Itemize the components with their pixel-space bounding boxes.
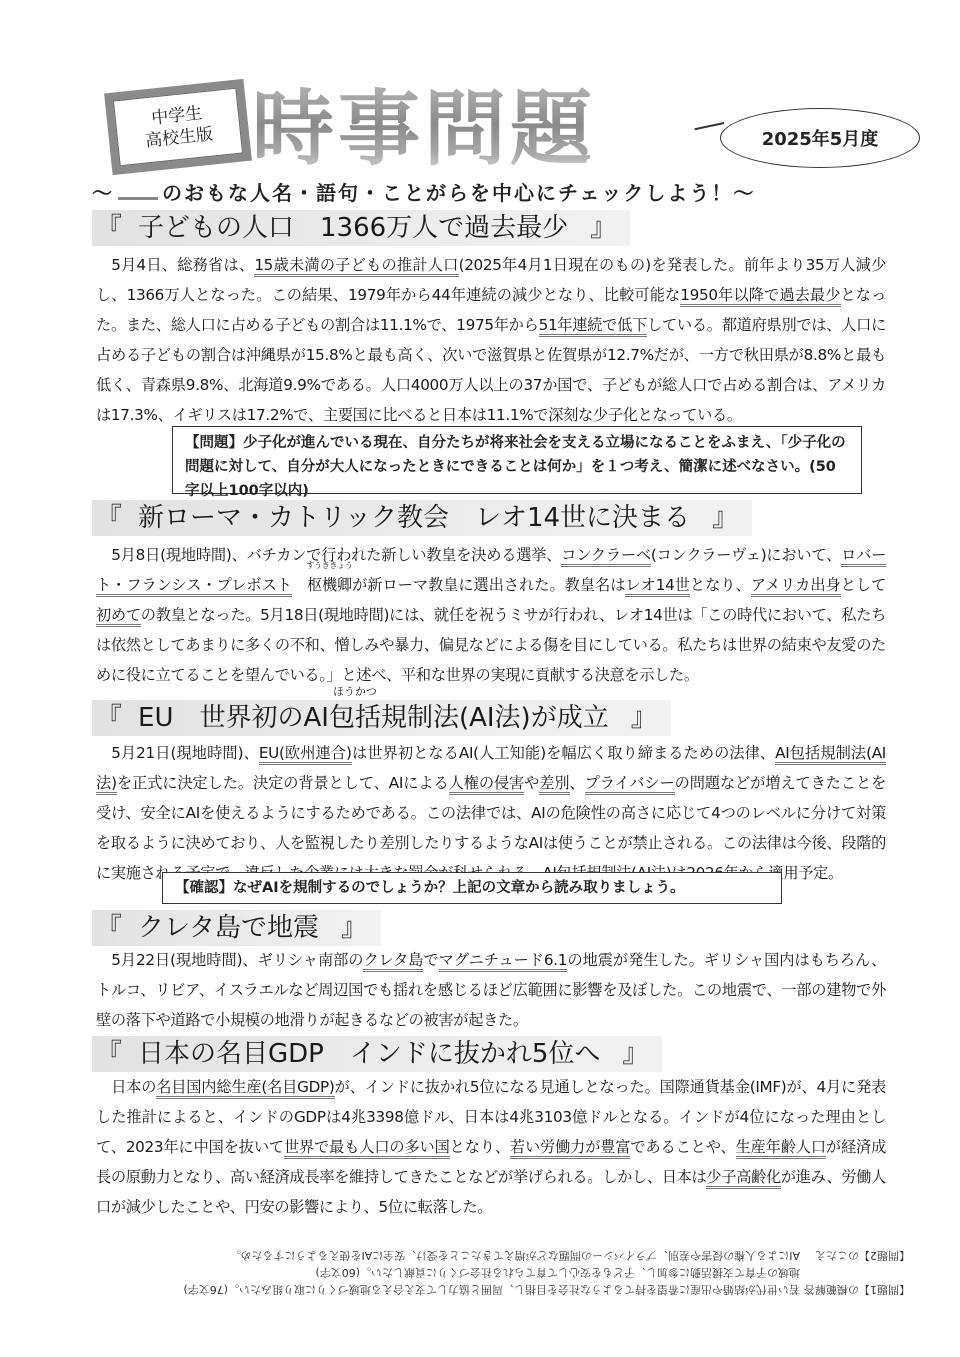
body-text: となり、 <box>690 576 751 594</box>
article-heading-crete-earthquake: 『クレタ島で地震』 <box>92 910 381 946</box>
key-term: クレタ島 <box>363 951 423 972</box>
body-text: を正式に決定した。決定の背景として、AIによる <box>117 774 449 792</box>
article-heading-pope: 『新ローマ・カトリック教会 レオ14世に決まる』 <box>92 500 752 536</box>
key-term: 若い労働力が豊富 <box>510 1138 631 1159</box>
question-2-text: 【確認】なぜAIを規制するのでしょうか？上記の文章から読み取りましょう。 <box>175 880 685 896</box>
key-term: 51年連続で低下 <box>539 316 647 337</box>
answer-q1-a: 若い世代が結婚や出産に希望を持てるような社会を目指し、周囲と協力して支え合える地… <box>183 1281 800 1298</box>
article-body-crete-earthquake: 5月22日(現地時間)、ギリシャ南部のクレタ島でマグニチュード6.1の地震が発生… <box>96 945 886 1035</box>
key-term: 生産年齢人口 <box>736 1138 826 1159</box>
body-text: や <box>524 774 539 792</box>
speech-bubble-tail <box>694 122 724 130</box>
heading-text-post: 規制法(AI法)が成立 <box>381 703 609 733</box>
body-text: として <box>841 576 886 594</box>
body-text: 、 <box>570 774 585 792</box>
heading-text: クレタ島で地震 <box>138 913 319 943</box>
article-body-pope: 5月8日(現地時間)、バチカンで行われた新しい教皇を決める選挙、コンクラーベ(コ… <box>96 540 886 690</box>
answer-q2-row: 【問題2】のこたえ AIによる人権の侵害や差別、プライバシーの問題などが増えてき… <box>70 1247 910 1264</box>
answer-q1-row: 【問題1】の模範解答 若い世代が結婚や出産に希望を持てるような社会を目指し、周囲… <box>70 1281 910 1298</box>
key-term: 初めて <box>96 606 141 627</box>
key-term: EU(欧州連合) <box>259 744 352 765</box>
key-term: 1950年以降で過去最少 <box>680 286 840 307</box>
article-heading-japan-gdp: 『日本の名目GDP インドに抜かれ5位へ』 <box>92 1036 662 1072</box>
key-term: アメリカ出身 <box>751 576 841 597</box>
key-term: 差別 <box>539 774 569 795</box>
body-text: 日本の <box>111 1078 156 1096</box>
worksheet-page: 中学生 高校生版 時事問題 2025年5月度 ～のおもな人名・語句・ことがらを中… <box>0 0 960 1357</box>
key-term: 世界で最も人口の多い国 <box>284 1138 450 1159</box>
furigana: ほうかつ <box>333 686 377 698</box>
subtitle-tilde: ～ <box>92 181 114 205</box>
body-text: 5月22日(現地時間)、ギリシャ南部の <box>111 951 363 969</box>
key-term: マグニチュード6.1 <box>439 951 568 972</box>
ruby-term: すうききょう枢機卿 <box>292 570 352 600</box>
body-text: (コンクラーヴェ)において、 <box>651 546 841 564</box>
heading-text-pre: EU 世界初のAI <box>138 703 329 733</box>
question-1-text: 【問題】少子化が進んでいる現在、自分たちが将来社会を支える立場になることをふまえ… <box>185 435 846 499</box>
furigana: すうききょう <box>291 561 352 570</box>
answer-q2: AIによる人権の侵害や差別、プライバシーの問題などが増えてきたことを受け、安全に… <box>230 1247 800 1264</box>
answer-key-upside-down: 【問題1】の模範解答 若い世代が結婚や出産に希望を持てるような社会を目指し、周囲… <box>70 1238 910 1298</box>
heading-text: 日本の名目GDP インドに抜かれ5位へ <box>138 1039 600 1069</box>
heading-text: 子どもの人口 1366万人で過去最少 <box>138 213 568 243</box>
ruby-base: 包括 <box>329 703 381 733</box>
body-text: で <box>423 951 438 969</box>
subtitle: ～のおもな人名・語句・ことがらを中心にチェックしよう！～ <box>92 177 755 206</box>
edition-badge: 中学生 高校生版 <box>104 79 252 175</box>
subtitle-text: のおもな人名・語句・ことがらを中心にチェックしよう！～ <box>162 181 755 205</box>
article-heading-children-population: 『子どもの人口 1366万人で過去最少』 <box>92 210 630 246</box>
heading-text: 新ローマ・カトリック教会 レオ14世に決まる <box>138 503 690 533</box>
answer-q1-label: 【問題1】の模範解答 <box>800 1281 910 1298</box>
key-term: 名目国内総生産(名目GDP) <box>156 1078 334 1099</box>
body-text: は世界初となるAI(人工知能)を幅広く取り締まるための法律、 <box>352 744 775 762</box>
heading-ruby: ほうかつ包括 <box>329 700 381 736</box>
date-bubble: 2025年5月度 <box>720 108 920 168</box>
body-text: 5月4日、総務省は、 <box>111 256 254 274</box>
body-text: の教皇となった。5月18日(現地時間)には、就任を祝うミサが行われ、レオ14世は… <box>96 606 886 684</box>
article-body-eu-ai-act: 5月21日(現地時間)、EU(欧州連合)は世界初となるAI(人工知能)を幅広く取… <box>96 738 886 888</box>
key-term: コンクラーベ <box>561 546 651 567</box>
key-term: 人権の侵害 <box>449 774 525 795</box>
answer-q1-b: 地域の子育て支援活動に参加し、子どもを安心して育てられる社会づくりに貢献したい。… <box>315 1264 800 1281</box>
key-term: 15歳未満の子どもの推計人口 <box>254 256 458 277</box>
body-text: となり、 <box>450 1138 510 1156</box>
key-term: プライバシー <box>585 774 675 795</box>
article-body-japan-gdp: 日本の名目国内総生産(名目GDP)が、インドに抜かれ5位になる見通しとなった。国… <box>96 1072 886 1222</box>
page-title: 時事問題 <box>252 82 596 177</box>
question-box-2: 【確認】なぜAIを規制するのでしょうか？上記の文章から読み取りましょう。 <box>162 872 782 904</box>
article-body-children-population: 5月4日、総務省は、15歳未満の子どもの推計人口(2025年4月1日現在のもの)… <box>96 250 886 430</box>
key-term: レオ14世 <box>625 576 690 597</box>
answer-q2-label: 【問題2】のこたえ <box>800 1247 910 1264</box>
underline-blank-sample <box>118 186 158 200</box>
body-text: が新ローマ教皇に選出された。教皇名は <box>352 576 626 594</box>
question-box-1: 【問題】少子化が進んでいる現在、自分たちが将来社会を支える立場になることをふまえ… <box>172 426 862 494</box>
issue-date: 2025年5月度 <box>762 125 879 151</box>
body-text: 5月21日(現地時間)、 <box>111 744 259 762</box>
body-text: であることや、 <box>630 1138 735 1156</box>
key-term: 少子高齢化 <box>706 1168 780 1189</box>
answer-q1b-row: 地域の子育て支援活動に参加し、子どもを安心して育てられる社会づくりに貢献したい。… <box>70 1264 910 1281</box>
article-heading-eu-ai-act: 『EU 世界初のAIほうかつ包括規制法(AI法)が成立』 <box>92 700 671 736</box>
